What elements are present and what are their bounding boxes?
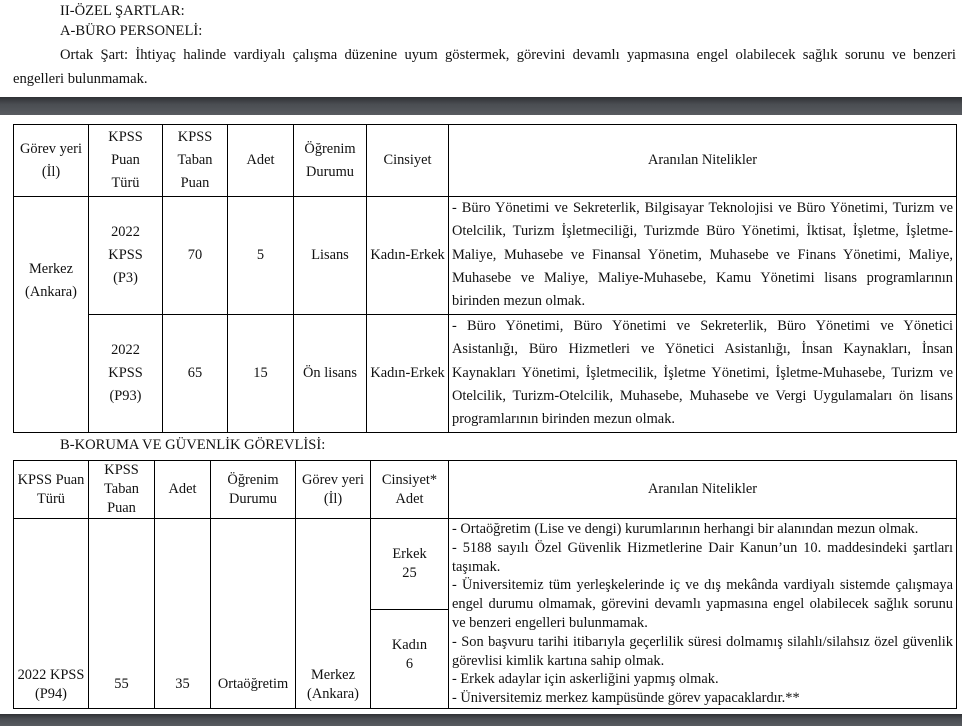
common-condition-line2: engelleri bulunmamak. — [13, 70, 148, 88]
nitelik-item: - Üniversitemiz tüm yerleşkelerinde iç v… — [452, 576, 953, 632]
header-nitelikler: Aranılan Nitelikler — [449, 125, 957, 197]
table-row: 2022 KPSS(P94) 55 35 Ortaöğretim Merkez(… — [14, 519, 957, 610]
page-separator — [0, 97, 962, 115]
header-adet: Adet — [228, 125, 294, 197]
nitelik-item: - 5188 sayılı Özel Güvenlik Hizmetlerine… — [452, 539, 953, 577]
header-taban-puan: KPSSTabanPuan — [163, 125, 228, 197]
header-puan-turu: KPSSPuanTürü — [89, 125, 163, 197]
header-adet: Adet — [155, 461, 211, 519]
header-ogrenim: ÖğrenimDurumu — [294, 125, 367, 197]
header-cinsiyet: Cinsiyet — [367, 125, 449, 197]
nitelik-item: - Üniversitemiz merkez kampüsünde görev … — [452, 689, 953, 708]
cell-ogrenim: Lisans — [294, 197, 367, 315]
subsection-title-guvenlik: B-KORUMA VE GÜVENLİK GÖREVLİSİ: — [60, 436, 325, 454]
header-puan-turu: KPSS PuanTürü — [14, 461, 89, 519]
cell-nitelikler: - Büro Yönetimi ve Sekreterlik, Bilgisay… — [449, 197, 957, 315]
nitelik-item: - Ortaöğretim (Lise ve dengi) kurumların… — [452, 520, 953, 539]
cell-adet: 5 — [228, 197, 294, 315]
table-header-row: Görev yeri(İl) KPSSPuanTürü KPSSTabanPua… — [14, 125, 957, 197]
cell-kadin-adet: Kadın6 — [371, 610, 449, 709]
cell-cinsiyet: Kadın-Erkek — [367, 315, 449, 433]
cell-adet: 15 — [228, 315, 294, 433]
nitelik-item: - Erkek adaylar için askerliğini yapmış … — [452, 670, 953, 689]
header-cinsiyet-adet: Cinsiyet*Adet — [371, 461, 449, 519]
cell-puan-turu: 2022 KPSS(P94) — [14, 519, 89, 709]
cell-ogrenim: Ortaöğretim — [211, 519, 296, 709]
subsection-title-buro: A-BÜRO PERSONELİ: — [60, 22, 202, 40]
koruma-guvenlik-table: KPSS PuanTürü KPSSTabanPuan Adet Öğrenim… — [13, 460, 957, 709]
cell-gorev-yeri: Merkez(Ankara) — [296, 519, 371, 709]
cell-adet: 35 — [155, 519, 211, 709]
header-nitelikler: Aranılan Nitelikler — [449, 461, 957, 519]
page-separator-bottom — [0, 714, 962, 726]
cell-puan-turu: 2022KPSS(P3) — [89, 197, 163, 315]
cell-nitelikler: - Büro Yönetimi, Büro Yönetimi ve Sekret… — [449, 315, 957, 433]
cell-puan-turu: 2022KPSS(P93) — [89, 315, 163, 433]
table-row: 2022KPSS(P93) 65 15 Ön lisans Kadın-Erke… — [14, 315, 957, 433]
document-page: II-ÖZEL ŞARTLAR: A-BÜRO PERSONELİ: Ortak… — [0, 0, 962, 97]
cell-ogrenim: Ön lisans — [294, 315, 367, 433]
cell-taban-puan: 70 — [163, 197, 228, 315]
cell-gorev-yeri: Merkez(Ankara) — [14, 197, 89, 433]
common-condition-line1: Ortak Şart: İhtiyaç halinde vardiyalı ça… — [60, 46, 956, 64]
header-taban-puan: KPSSTabanPuan — [89, 461, 155, 519]
cell-taban-puan: 65 — [163, 315, 228, 433]
cell-nitelikler: - Ortaöğretim (Lise ve dengi) kurumların… — [449, 519, 957, 709]
header-gorev-yeri: Görev yeri(İl) — [14, 125, 89, 197]
nitelik-item: - Son başvuru tarihi itibarıyla geçerlil… — [452, 633, 953, 671]
table-row: Merkez(Ankara) 2022KPSS(P3) 70 5 Lisans … — [14, 197, 957, 315]
buro-personeli-table: Görev yeri(İl) KPSSPuanTürü KPSSTabanPua… — [13, 124, 957, 433]
table-header-row: KPSS PuanTürü KPSSTabanPuan Adet Öğrenim… — [14, 461, 957, 519]
section-title: II-ÖZEL ŞARTLAR: — [60, 2, 185, 20]
cell-erkek-adet: Erkek25 — [371, 519, 449, 610]
header-gorev-yeri: Görev yeri(İl) — [296, 461, 371, 519]
header-ogrenim: ÖğrenimDurumu — [211, 461, 296, 519]
cell-taban-puan: 55 — [89, 519, 155, 709]
cell-cinsiyet: Kadın-Erkek — [367, 197, 449, 315]
